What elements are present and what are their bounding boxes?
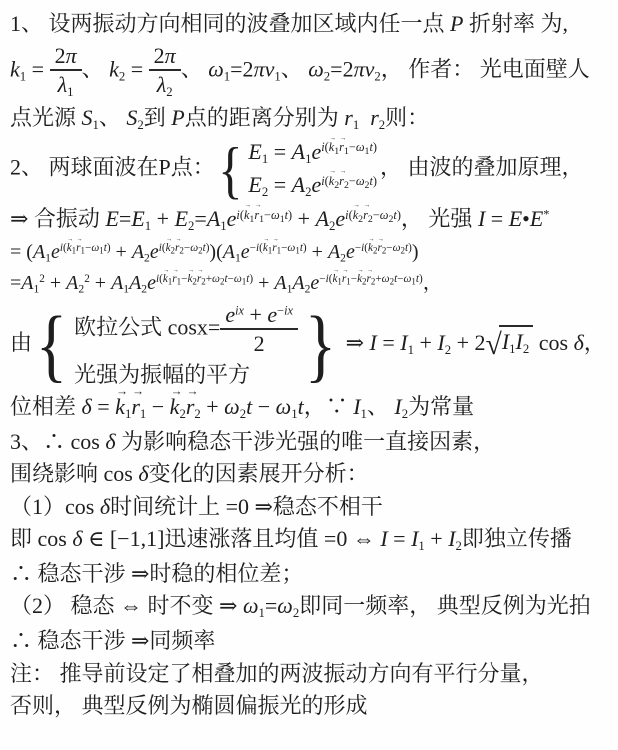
text-run: 否则， 典型反例为椭圆偏振光的形成	[10, 693, 368, 718]
right-brace: }	[305, 310, 336, 379]
math-variable: e	[267, 302, 277, 327]
math-variable: A	[316, 206, 329, 231]
text-run: =	[377, 330, 400, 355]
vector: →k	[357, 272, 362, 286]
text-run: =	[268, 172, 291, 197]
math-variable: r	[272, 242, 276, 254]
math-variable: k	[166, 242, 171, 254]
text-run: +	[425, 526, 448, 551]
math-variable: k	[163, 273, 168, 285]
vector-arrow-icon: →	[357, 268, 363, 274]
left-brace: {	[36, 310, 67, 379]
vector: →r	[175, 241, 179, 255]
system-row: E2 = A2ei(→k2→r2−ω2t)	[248, 172, 377, 200]
square-root: √I1I2	[486, 325, 534, 358]
numerator: eix + e−ix	[220, 302, 298, 330]
math-variable: λ	[157, 72, 167, 97]
text-run: （2） 稳态 ⇔ 时不变 ⇒	[10, 593, 243, 618]
math-variable: πν	[254, 56, 275, 81]
vector: →k	[187, 272, 192, 286]
math-variable: k	[67, 242, 72, 254]
text-run: 欧拉公式 cosx=	[74, 314, 220, 339]
math-variable: e	[227, 206, 237, 231]
vector: →k	[329, 140, 334, 155]
system-rows: 欧拉公式 cosx=eix + e−ix2光强为振幅的平方	[71, 302, 301, 388]
vector: →k	[67, 241, 72, 255]
text-run: ， 作者： 光电面壁人	[381, 56, 590, 81]
document-page: 1、 设两振动方向相同的波叠加区域内任一点 P 折射率 为,k1 = 2πλ1、…	[0, 0, 618, 750]
line-6-intensity-product: = (A1ei(→k1→r1−ω1t) + A2ei(→k2→r2−ω2t))(…	[10, 240, 614, 266]
math-variable: ω	[243, 593, 259, 618]
text-run: cos	[533, 330, 573, 355]
math-variable: I	[516, 329, 523, 354]
vector-arrow-icon: →	[186, 385, 198, 397]
math-variable: ω	[190, 242, 198, 254]
line-7-expanded-intensity: =A12 + A22 + A1A2ei(→k1→r1−→k2→r2+ω2t−ω1…	[10, 271, 614, 297]
vector-arrow-icon: →	[197, 268, 203, 274]
vector: →k	[170, 393, 180, 421]
fraction: 2πλ1	[50, 43, 82, 100]
text-run: 到	[144, 105, 172, 130]
math-variable: ω	[212, 273, 220, 285]
text-run: 变化的因素展开分析：	[149, 461, 369, 486]
text-run: )	[373, 174, 377, 188]
vector: →r	[272, 241, 276, 255]
vector: →k	[166, 241, 171, 255]
text-run: =	[92, 394, 115, 419]
vector: →r	[339, 140, 344, 155]
subscript: 2	[523, 342, 529, 356]
line-18-note-continued: 否则， 典型反例为椭圆偏振光的形成	[10, 692, 614, 720]
math-variable: δ	[100, 494, 110, 519]
superscript: i(→k1→r1−ω1t)	[60, 242, 111, 254]
vector-arrow-icon: →	[368, 237, 374, 243]
math-variable: r	[367, 273, 371, 285]
math-variable: π	[165, 43, 176, 68]
math-variable: r	[76, 242, 80, 254]
math-variable: e	[225, 302, 235, 327]
math-variable: I	[380, 526, 387, 551]
vector-arrow-icon: →	[175, 237, 181, 243]
math-variable: ix	[235, 303, 244, 317]
math-variable: ω	[277, 593, 293, 618]
math-variable: π	[66, 43, 77, 68]
math-variable: e	[147, 272, 156, 294]
text-run: 、	[181, 56, 209, 81]
text-run: 即 cos	[10, 526, 72, 551]
math-variable: r	[370, 105, 379, 130]
vector: →r	[342, 272, 346, 286]
vector: →r	[363, 208, 368, 223]
math-variable: E	[530, 206, 543, 231]
math-variable: I	[370, 330, 377, 355]
math-variable: E	[131, 206, 144, 231]
text-run: ， 光强	[401, 206, 478, 231]
vector: →k	[368, 241, 373, 255]
math-variable: πν	[354, 56, 375, 81]
vector: →k	[353, 208, 358, 223]
line-16-same-frequency: ∴ 稳态干涉 ⇒同频率	[10, 627, 614, 655]
text-run: ，	[423, 272, 443, 294]
text-run: 2	[154, 43, 165, 68]
vector-arrow-icon: →	[116, 385, 128, 397]
math-variable: e	[311, 172, 321, 197]
text-run: （1）cos	[10, 494, 100, 519]
vector: →r	[367, 272, 371, 286]
denominator: λ1	[58, 71, 74, 99]
math-variable: e	[51, 241, 60, 263]
math-variable: e	[310, 272, 319, 294]
text-run: 即独立传播	[462, 526, 572, 551]
superscript: i(→k1→r1−ω1t)	[236, 208, 292, 222]
vector-arrow-icon: →	[329, 169, 336, 176]
text-run: 光强为振幅的平方	[74, 362, 250, 387]
math-variable: S	[82, 105, 93, 130]
text-run: ∴ 稳态干涉 ⇒时稳的相位差；	[10, 561, 303, 586]
numerator: 2π	[50, 43, 82, 71]
vector: →k	[332, 272, 337, 286]
math-variable: λ	[58, 72, 68, 97]
subscript: 1	[67, 85, 73, 99]
math-variable: E	[248, 172, 261, 197]
text-run: =	[485, 206, 508, 231]
math-variable: ix	[284, 303, 293, 317]
text-run: +	[292, 206, 315, 231]
text-run: 点光源	[10, 105, 82, 130]
math-variable: ω	[382, 273, 390, 285]
math-variable: ω	[224, 394, 240, 419]
vector-arrow-icon: →	[255, 203, 262, 210]
math-variable: r	[342, 273, 346, 285]
math-variable: e	[346, 241, 355, 263]
math-variable: ω	[271, 208, 280, 222]
text-run: ，∵	[304, 394, 354, 419]
math-variable: A	[33, 241, 45, 263]
math-variable: A	[129, 272, 141, 294]
text-run: ，	[584, 330, 606, 355]
math-variable: k	[368, 242, 373, 254]
vector-arrow-icon: →	[367, 268, 373, 274]
vector-arrow-icon: →	[67, 237, 73, 243]
math-variable: e	[150, 241, 159, 263]
text-run: 时间统计上 =0 ⇒稳态不相干	[110, 494, 383, 519]
superscript: ix	[235, 303, 244, 317]
vector-arrow-icon: →	[77, 237, 83, 243]
vector-arrow-icon: →	[342, 268, 348, 274]
text-run: +	[414, 330, 437, 355]
vector: →r	[76, 241, 80, 255]
superscript: i(→k2→r2−ω2t)	[321, 174, 377, 188]
vector: →k	[163, 272, 168, 286]
math-variable: ω	[208, 56, 224, 81]
math-variable: ω	[356, 174, 365, 188]
math-variable: r	[377, 242, 381, 254]
line-2-wavenumber-definitions: k1 = 2πλ1、 k2 = 2πλ2、 ω1=2πν1、 ω2=2πν2， …	[10, 43, 614, 100]
text-run: 为常量	[408, 394, 474, 419]
math-variable: A	[223, 241, 235, 263]
math-variable: I	[400, 330, 407, 355]
line-15-case-2: （2） 稳态 ⇔ 时不变 ⇒ ω1=ω2即同一频率， 典型反例为光拍	[10, 592, 614, 622]
vector: →r	[186, 393, 195, 421]
denominator: λ2	[157, 71, 173, 99]
math-variable: A	[274, 272, 286, 294]
superscript: i(→k1→r1−ω1t)	[321, 140, 377, 154]
text-run: 、	[99, 105, 127, 130]
text-run: + 2	[451, 330, 485, 355]
math-variable: k	[10, 56, 20, 81]
math-variable: A	[132, 241, 144, 263]
text-run: 为影响稳态干涉光强的唯一直接因素，	[116, 429, 496, 454]
math-variable: E	[509, 206, 522, 231]
math-variable: I	[448, 526, 455, 551]
math-variable: A	[328, 241, 340, 263]
math-variable: k	[187, 273, 192, 285]
math-variable: E	[248, 139, 261, 164]
text-run: =	[10, 272, 21, 294]
text-run: +	[111, 241, 132, 263]
text-run: 、	[367, 394, 395, 419]
text-run: 则：	[385, 105, 429, 130]
math-variable: k	[263, 242, 268, 254]
text-run: ⇒	[340, 330, 369, 355]
math-variable: I	[437, 330, 444, 355]
text-run: )	[373, 140, 377, 154]
text-run: 即同一频率， 典型反例为光拍	[299, 593, 591, 618]
text-run: −	[252, 394, 275, 419]
text-run: =	[119, 206, 131, 231]
math-variable: k	[357, 273, 362, 285]
line-9-phase-difference: 位相差 δ = →k1→r1 − →k2→r2 + ω2t − ω1t，∵ I1…	[10, 393, 614, 423]
left-brace: {	[218, 143, 243, 197]
vector: →k	[115, 393, 125, 421]
text-run: 折射率 为,	[463, 11, 568, 36]
line-17-note: 注： 推导前设定了相叠加的两波振动方向有平行分量，	[10, 660, 614, 688]
math-variable: r	[172, 273, 176, 285]
line-1-setup: 1、 设两振动方向相同的波叠加区域内任一点 P 折射率 为,	[10, 10, 614, 38]
math-variable: e	[335, 206, 345, 231]
text-run: 、	[281, 56, 309, 81]
text-run: *	[543, 208, 549, 222]
text-run: 由	[10, 330, 32, 355]
text-run: 2	[254, 331, 265, 356]
text-run: −	[146, 394, 169, 419]
text-run: +	[244, 302, 267, 327]
math-variable: δ	[72, 526, 82, 551]
text-run: ⇒ 合振动	[10, 206, 105, 231]
system-row: E1 = A1ei(→k1→r1−ω1t)	[248, 139, 377, 167]
vector-arrow-icon: →	[329, 136, 336, 143]
vector: →r	[339, 174, 344, 189]
vector-arrow-icon: →	[273, 237, 279, 243]
text-run: 点的距离分别为	[185, 105, 345, 130]
vector-arrow-icon: →	[333, 268, 339, 274]
math-variable: A	[207, 206, 220, 231]
line-11-analysis-intro: 围绕影响 cos δ变化的因素展开分析：	[10, 460, 614, 488]
line-14-stable-phase: ∴ 稳态干涉 ⇒时稳的相位差；	[10, 560, 614, 588]
superscript: i(→k2→r2−ω2t)	[159, 242, 210, 254]
line-12-case-1: （1）cos δ时间统计上 =0 ⇒稳态不相干	[10, 493, 614, 521]
text-run: =	[265, 593, 277, 618]
text-run: −	[349, 140, 356, 154]
vector-arrow-icon: →	[263, 237, 269, 243]
math-variable: δ	[574, 330, 584, 355]
vector: →r	[131, 393, 140, 421]
text-run: =	[268, 139, 291, 164]
math-variable: A	[292, 172, 305, 197]
superscript: −i(→k2→r2−ω2t)	[355, 242, 412, 254]
vector: →r	[377, 241, 381, 255]
subscript: 2	[166, 85, 172, 99]
line-3-sources-distances: 点光源 S1、 S2到 P点的距离分别为 r1 r2则：	[10, 104, 614, 134]
math-variable: r	[197, 273, 201, 285]
line-5-superposition: ⇒ 合振动 E=E1 + E2=A1ei(→k1→r1−ω1t) + A2ei(…	[10, 205, 614, 235]
vector-arrow-icon: →	[353, 203, 360, 210]
math-variable: e	[311, 139, 321, 164]
text-run: +	[151, 206, 174, 231]
superscript: i(→k1→r1−→k2→r2+ω2t−ω1t)	[156, 273, 253, 285]
superscript: i(→k2→r2−ω2t)	[345, 208, 401, 222]
text-run: = (	[10, 241, 33, 263]
equation-system: {欧拉公式 cosx=eix + e−ix2光强为振幅的平方}	[32, 302, 340, 388]
vector-arrow-icon: →	[132, 385, 144, 397]
fraction: eix + e−ix2	[220, 302, 298, 357]
math-variable: P	[450, 11, 463, 36]
math-variable: E	[105, 206, 118, 231]
text-run: =	[194, 206, 206, 231]
line-4-spherical-wave-system: 2、 两球面波在P点：{E1 = A1ei(→k1→r1−ω1t)E2 = A2…	[10, 139, 614, 200]
vector-arrow-icon: →	[166, 237, 172, 243]
text-run: =	[125, 56, 148, 81]
math-variable: A	[292, 139, 305, 164]
math-variable: A	[111, 272, 123, 294]
text-run: =	[26, 56, 49, 81]
vector: →k	[329, 174, 334, 189]
superscript: −ix	[277, 303, 293, 317]
text-run: +	[253, 272, 274, 294]
text-run: 注： 推导前设定了相叠加的两波振动方向有平行分量，	[10, 661, 544, 686]
math-variable: S	[126, 105, 137, 130]
text-run: )	[412, 241, 419, 263]
math-variable: A	[66, 272, 78, 294]
math-variable: r	[344, 105, 353, 130]
superscript: −i(→k1→r1−ω1t)	[250, 242, 307, 254]
math-variable: k	[109, 56, 119, 81]
math-variable: ω	[276, 394, 292, 419]
vector: →r	[254, 208, 259, 223]
equation-system: {E1 = A1ei(→k1→r1−ω1t)E2 = A2ei(→k2→r2−ω…	[215, 139, 380, 200]
text-run: =	[388, 526, 411, 551]
line-10-cos-delta-factor: 3、∴ cos δ 为影响稳态干涉光强的唯一直接因素，	[10, 428, 614, 456]
text-run: 围绕影响 cos	[10, 461, 138, 486]
math-variable: e	[241, 241, 250, 263]
vector-arrow-icon: →	[363, 203, 370, 210]
text-run: +	[90, 272, 111, 294]
math-variable: r	[175, 242, 179, 254]
math-variable: δ	[138, 461, 148, 486]
math-variable: ω	[234, 273, 242, 285]
denominator: 2	[254, 330, 265, 356]
vector: →r	[197, 272, 201, 286]
system-row: 光强为振幅的平方	[74, 362, 250, 388]
text-run: =2	[330, 56, 353, 81]
text-run: )(	[209, 241, 222, 263]
superscript: −i(→k1→r1−→k2→r2+ω2t−ω1t)	[319, 273, 422, 285]
vector-arrow-icon: →	[188, 268, 194, 274]
system-row: 欧拉公式 cosx=eix + e−ix2	[74, 302, 298, 357]
text-run: +	[45, 272, 66, 294]
text-run: 3、∴ cos	[10, 429, 105, 454]
text-run: 1、 设两振动方向相同的波叠加区域内任一点	[10, 11, 450, 36]
vector-arrow-icon: →	[340, 136, 347, 143]
radicand: I1I2	[499, 325, 533, 358]
math-variable: δ	[105, 429, 115, 454]
vector: →k	[244, 208, 249, 223]
text-run: +	[307, 241, 328, 263]
math-variable: I	[353, 394, 360, 419]
vector: →k	[263, 241, 268, 255]
vector-arrow-icon: →	[170, 385, 182, 397]
text-run: 2	[55, 43, 66, 68]
math-variable: k	[332, 273, 337, 285]
vector-arrow-icon: →	[340, 169, 347, 176]
text-run: −	[349, 174, 356, 188]
vector-arrow-icon: →	[173, 268, 179, 274]
text-run	[359, 105, 370, 130]
math-variable: A	[21, 272, 33, 294]
text-run: =2	[230, 56, 253, 81]
text-run: ∈ [−1,1]迅速涨落且均值 =0 ⇔	[83, 526, 381, 551]
vector-arrow-icon: →	[244, 203, 251, 210]
text-run: +	[201, 394, 224, 419]
text-run: 2、 两球面波在P点：	[10, 155, 215, 180]
text-run: •	[522, 206, 530, 231]
math-variable: I	[394, 394, 401, 419]
vector-arrow-icon: →	[163, 268, 169, 274]
superscript: *	[543, 208, 549, 222]
vector: →r	[172, 272, 176, 286]
vector-arrow-icon: →	[378, 237, 384, 243]
system-rows: E1 = A1ei(→k1→r1−ω1t)E2 = A2ei(→k2→r2−ω2…	[245, 139, 380, 200]
numerator: 2π	[149, 43, 181, 71]
text-run: 、	[82, 56, 110, 81]
line-13-incoherent-detail: 即 cos δ ∈ [−1,1]迅速涨落且均值 =0 ⇔ I = I1 + I2…	[10, 525, 614, 555]
math-variable: ω	[308, 56, 324, 81]
math-variable: E	[175, 206, 188, 231]
text-run: −	[373, 208, 380, 222]
math-variable: P	[171, 105, 184, 130]
text-run: ， 由波的叠加原理，	[380, 155, 584, 180]
text-run: ∴ 稳态干涉 ⇒同频率	[10, 628, 215, 653]
math-variable: δ	[82, 394, 92, 419]
math-variable: ω	[356, 140, 365, 154]
math-variable: A	[292, 272, 304, 294]
math-variable: ω	[393, 242, 401, 254]
fraction: 2πλ2	[149, 43, 181, 100]
text-run: −	[264, 208, 271, 222]
line-8-euler-formula: 由{欧拉公式 cosx=eix + e−ix2光强为振幅的平方} ⇒ I = I…	[10, 302, 614, 388]
text-run: 位相差	[10, 394, 82, 419]
